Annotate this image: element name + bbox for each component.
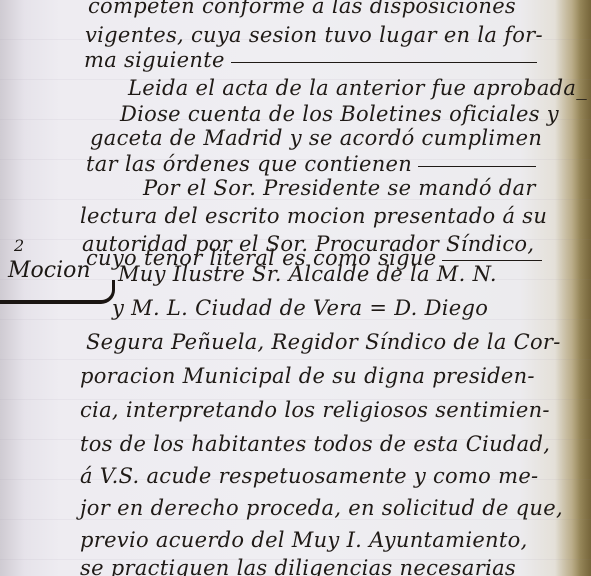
- text-line: ma siguiente: [84, 48, 537, 72]
- text-line: se practiquen las diligencias necesarias: [80, 556, 516, 576]
- text-line: Diose cuenta de los Boletines oficiales …: [120, 102, 559, 126]
- text-line: Muy Ilustre Sr. Alcalde de la M. N.: [118, 262, 497, 286]
- manuscript-page: competen conforme á las disposiciones vi…: [0, 0, 591, 576]
- text-line: jor en derecho proceda, en solicitud de …: [80, 496, 563, 520]
- text-line: á V.S. acude respetuosamente y como me-: [80, 464, 538, 488]
- text-line: y M. L. Ciudad de Vera = D. Diego: [112, 296, 488, 320]
- text-line: tar las órdenes que contienen: [86, 152, 536, 176]
- text-line: previo acuerdo del Muy I. Ayuntamiento,: [80, 528, 528, 552]
- text-line: vigentes, cuya sesion tuvo lugar en la f…: [85, 23, 543, 47]
- text-line: Segura Peñuela, Regidor Síndico de la Co…: [86, 330, 561, 354]
- margin-number: 2: [14, 236, 24, 255]
- text-line: gaceta de Madrid y se acordó cumplimen: [90, 126, 542, 150]
- text-line: cia, interpretando los religiosos sentim…: [80, 398, 550, 422]
- line-filler-dash: [418, 166, 536, 167]
- text-line: tos de los habitantes todos de esta Ciud…: [80, 432, 550, 456]
- text-line: competen conforme á las disposiciones: [88, 0, 516, 18]
- line-filler-dash: [231, 62, 537, 63]
- text-line: lectura del escrito mocion presentado á …: [80, 204, 547, 228]
- text-line: Leida el acta de la anterior fue aprobad…: [128, 76, 587, 100]
- line-filler-dash: [442, 260, 542, 261]
- text-line: Por el Sor. Presidente se mandó dar: [143, 176, 536, 200]
- text-line: poracion Municipal de su digna presiden-: [80, 364, 535, 388]
- margin-bracket: [0, 280, 115, 304]
